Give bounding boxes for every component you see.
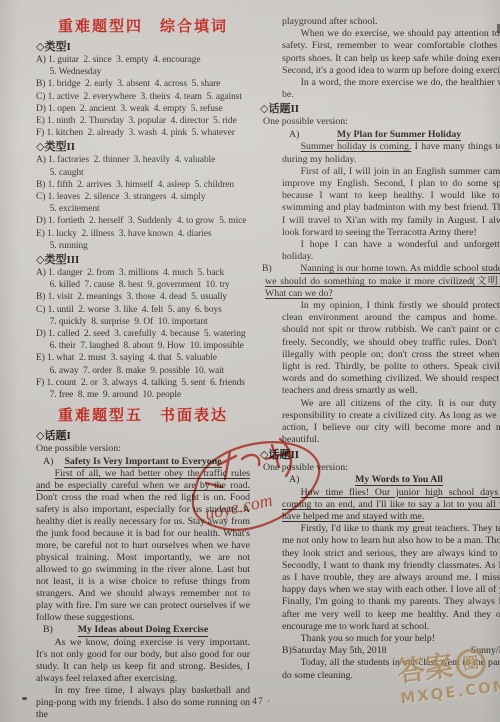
essay-words-p1: How time flies! Our junior high school d… xyxy=(282,487,500,524)
answer-line: D) 1. called 2. seed 3. carefully 4. bec… xyxy=(36,328,250,340)
essay-words-p3: Thank you so much for your help! xyxy=(282,633,500,645)
section-title-4: 重难题型四 综合填词 xyxy=(36,18,250,36)
right-column: playground after school. When we do exer… xyxy=(260,16,500,682)
answer-line: E) 1. what 2. must 3. saying 4. that 5. … xyxy=(36,352,250,364)
key-sentence: How time flies! Our junior high school d… xyxy=(282,487,500,522)
one-possible-version-1: One possible version: xyxy=(36,443,250,455)
essay-words-p2: Firstly, I'd like to thank my great teac… xyxy=(282,523,500,633)
essay-nanning-prompt: B) Nanning is our home town. As middle s… xyxy=(265,263,500,300)
essay-title-safety: Safety Is Very Important to Everyone xyxy=(64,456,221,469)
essay-safety-heading: A) Safety Is Very Important to Everyone xyxy=(36,456,250,469)
essay-title-exercise: My Ideas about Doing Exercise xyxy=(78,624,208,637)
exercise-safety-paragraph: When we do exercise, we should pay atten… xyxy=(282,28,500,77)
answer-line: C) 1. leaves 2. silence 3. strangers 4. … xyxy=(36,191,250,203)
section-title-5: 重难题型五 书面表达 xyxy=(36,407,250,425)
topic1-label: ◇话题I xyxy=(36,430,250,443)
answer-line: 5. excitement xyxy=(36,203,250,215)
continued-line: playground after school. xyxy=(282,16,500,28)
essay-text: Don't cross the road when the red light … xyxy=(36,492,250,623)
essay-label-b2: B) xyxy=(262,263,272,274)
prompt-text: Nanning is our home town. As middle scho… xyxy=(265,263,500,298)
type1-label: ◇类型I xyxy=(36,41,250,54)
answer-line: 6. away 7. order 8. make 9. possible 10.… xyxy=(36,365,250,377)
answer-line: 6. killed 7. cause 8. best 9. government… xyxy=(36,279,250,291)
essay-label-b: B) xyxy=(43,624,53,637)
answer-line: E) 1. ninth 2. Thursday 3. popular 4. di… xyxy=(36,115,250,127)
diary-date-row: B)Saturday May 5th, 2018 Sunny/Fine xyxy=(282,645,500,657)
answer-line: B) 1. visit 2. meanings 3. those 4. dead… xyxy=(36,291,250,303)
answer-line: F) 1. kitchen 2. already 3. wash 4. pink… xyxy=(36,127,250,139)
key-sentence: Summer holiday is coming. xyxy=(301,141,412,152)
topic3-label: ◇话题II xyxy=(260,449,500,462)
exercise-conclusion-paragraph: In a word, the more exercise we do, the … xyxy=(282,77,500,101)
diary-body: Today, all the students in our class wen… xyxy=(282,657,500,681)
answer-line: B) 1. bridge 2. early 3. absent 4. acros… xyxy=(36,78,250,90)
answer-line: E) 1. lucky 2. illness 3. have known 4. … xyxy=(36,228,250,240)
type1-answers: ◇类型I A) 1. guitar 2. since 3. empty 4. e… xyxy=(36,41,250,139)
essay-label-a2: A) xyxy=(289,129,299,142)
answer-line: A) 1. danger 2. from 3. millions 4. much… xyxy=(36,267,250,279)
type3-answers: ◇类型III A) 1. danger 2. from 3. millions … xyxy=(36,254,250,401)
type2-label: ◇类型II xyxy=(36,141,250,154)
answer-line: 7. free 8. me 9. around 10. people xyxy=(36,389,250,401)
answer-line: 7. quickly 8. surprise 9. Of 10. importa… xyxy=(36,316,250,328)
one-possible-version-3: One possible version: xyxy=(263,462,500,474)
essay-safety-body: First of all, we had better obey the tra… xyxy=(36,468,250,624)
answer-line: B) 1. fifth 2. arrives 3. himself 4. asl… xyxy=(36,179,250,191)
answer-line: A) 1. factories 2. thinner 3. heavily 4.… xyxy=(36,154,250,166)
essay-label-a3: A) xyxy=(289,474,299,487)
workbook-answer-page: { "page": { "number": "· 47 ·" }, "stamp… xyxy=(0,0,500,722)
page-number: · 47 · xyxy=(218,697,298,707)
answer-line: F) 1. count 2. or 3. always 4. talking 5… xyxy=(36,377,250,389)
type2-answers: ◇类型II A) 1. factories 2. thinner 3. heav… xyxy=(36,141,250,252)
ink-speck xyxy=(22,697,27,700)
answer-line: 6. their 7. laughed 8. about 9. How 10. … xyxy=(36,340,250,352)
topic2-label: ◇话题II xyxy=(260,103,500,116)
essay-exercise-heading: B) My Ideas about Doing Exercise xyxy=(36,624,250,637)
essay-title-words: My Words to You All xyxy=(355,474,443,487)
essay-nanning-p1: In my opinion, I think firstly we should… xyxy=(282,300,500,398)
essay-holiday-heading: A) My Plan for Summer Holiday xyxy=(282,129,500,142)
left-column: 重难题型四 综合填词 ◇类型I A) 1. guitar 2. since 3.… xyxy=(36,16,250,721)
answer-line: C) 1. active 2. everywhere 3. theirs 4. … xyxy=(36,91,250,103)
answer-line: 5. caught xyxy=(36,167,250,179)
essay-nanning-p2: We are all citizens of the city. It is o… xyxy=(282,398,500,447)
essay-title-holiday: My Plan for Summer Holiday xyxy=(337,129,461,142)
essay-exercise-p1: As we know, doing exercise is very impor… xyxy=(36,637,250,685)
answer-line: D) 1. open 2. ancient 3. weak 4. empty 5… xyxy=(36,103,250,115)
one-possible-version-2: One possible version: xyxy=(263,116,500,128)
essay-holiday-p3: I hope I can have a wonderful and unforg… xyxy=(282,239,500,263)
essay-words-heading: A) My Words to You All xyxy=(282,474,500,487)
answer-line: A) 1. guitar 2. since 3. empty 4. encour… xyxy=(36,54,250,66)
key-sentence: First of all, we had better obey the tra… xyxy=(36,468,250,491)
answer-line: C) 1. until 2. worse 3. like 4. felt 5. … xyxy=(36,304,250,316)
answer-line: D) 1. fortieth 2. herself 3. Suddenly 4.… xyxy=(36,215,250,227)
diary-label-date: B)Saturday May 5th, 2018 xyxy=(282,645,387,657)
essay-holiday-p2: First of all, I will join in an English … xyxy=(282,166,500,239)
answer-line: 5. Wednesday xyxy=(36,66,250,78)
type3-label: ◇类型III xyxy=(36,254,250,267)
essay-label-a: A) xyxy=(43,456,53,469)
essay-holiday-p1: Summer holiday is coming. I have many th… xyxy=(282,141,500,165)
diary-weather: Sunny/Fine xyxy=(471,645,500,657)
answer-line: 5. running xyxy=(36,240,250,252)
